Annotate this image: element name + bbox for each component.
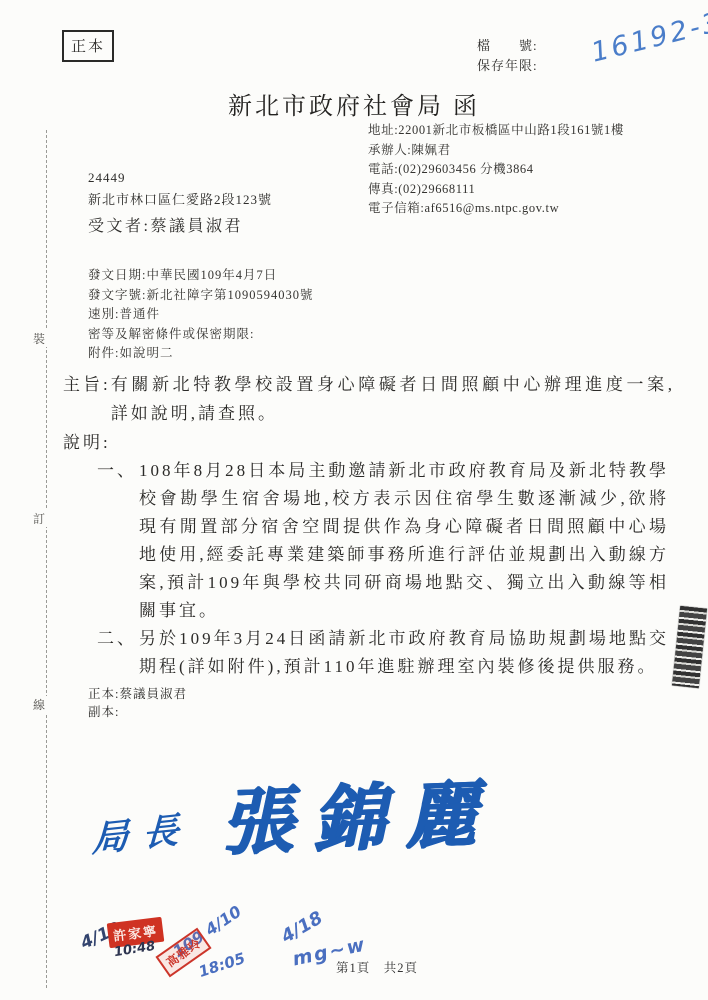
- attachment-note: 附件:如說明二: [88, 344, 313, 364]
- issue-date: 發文日期:中華民國109年4月7日: [88, 266, 313, 286]
- document-title: 新北市政府社會局 函: [0, 86, 708, 121]
- receipt-stamp: [672, 606, 707, 688]
- sender-fax: 傳真:(02)29668111: [368, 180, 624, 200]
- sender-address: 地址:22001新北市板橋區中山路1段161號1樓: [368, 121, 624, 141]
- document-body: 主旨: 有關新北特教學校設置身心障礙者日間照顧中心辦理進度一案,詳如說明,請查照…: [63, 370, 675, 681]
- recipient-zipcode: 24449: [88, 170, 126, 186]
- margin-char-xian: 線: [31, 696, 47, 713]
- retention-label: 保存年限:: [477, 56, 538, 76]
- explanation-item-1: 一、 108年8月28日本局主動邀請新北市政府教育局及新北特教學校會勘學生宿舍場…: [97, 457, 669, 625]
- recipient-line: 受文者:蔡議員淑君: [88, 213, 243, 236]
- sender-phone: 電話:(02)29603456 分機3864: [368, 160, 624, 180]
- sender-email: 電子信箱:af6516@ms.ntpc.gov.tw: [368, 199, 624, 219]
- file-no-label: 檔 號:: [477, 36, 538, 56]
- document-meta-block: 發文日期:中華民國109年4月7日 發文字號:新北社障字第1090594030號…: [88, 266, 313, 364]
- recipient-address: 新北市林口區仁愛路2段123號: [88, 189, 272, 208]
- binding-dashed-line: [46, 130, 47, 988]
- director-signature: 局長 張錦麗: [90, 755, 497, 873]
- duplicate-copy-line: 副本:: [88, 702, 119, 720]
- handwritten-file-number: 16192-3: [588, 6, 708, 68]
- annotation-middle: 109 4/10 高雅玲 18:05: [160, 908, 270, 988]
- security-class: 密等及解密條件或保密期限:: [88, 325, 313, 345]
- item-number: 一、: [97, 457, 139, 625]
- issue-number: 發文字號:新北社障字第1090594030號: [88, 286, 313, 306]
- signature-title: 局長: [91, 801, 193, 862]
- page-number: 第1頁 共2頁: [336, 958, 418, 976]
- item-text: 108年8月28日本局主動邀請新北市政府教育局及新北特教學校會勘學生宿舍場地,校…: [139, 457, 669, 625]
- sender-contact-person: 承辦人:陳姵君: [368, 141, 624, 161]
- subject-label: 主旨:: [63, 370, 111, 399]
- signature-name: 張錦麗: [218, 755, 497, 869]
- handwritten-date: 4/18: [278, 907, 327, 947]
- file-labels: 檔 號: 保存年限:: [477, 36, 538, 76]
- explanation-item-2: 二、 另於109年3月24日函請新北市政府教育局協助規劃場地點交期程(詳如附件)…: [97, 625, 669, 681]
- margin-char-zhuang: 裝: [31, 330, 47, 347]
- sender-contact-block: 地址:22001新北市板橋區中山路1段161號1樓 承辦人:陳姵君 電話:(02…: [368, 121, 624, 219]
- speed-class: 速別:普通件: [88, 305, 313, 325]
- original-copy-line: 正本:蔡議員淑君: [88, 684, 187, 702]
- subject-row: 主旨: 有關新北特教學校設置身心障礙者日間照顧中心辦理進度一案,詳如說明,請查照…: [63, 370, 675, 428]
- explanation-items: 一、 108年8月28日本局主動邀請新北市政府教育局及新北特教學校會勘學生宿舍場…: [97, 457, 669, 681]
- subject-text: 有關新北特教學校設置身心障礙者日間照顧中心辦理進度一案,詳如說明,請查照。: [111, 370, 675, 428]
- copy-type-stamp: 正本: [62, 30, 114, 62]
- item-number: 二、: [97, 625, 139, 681]
- explanation-label: 說明:: [63, 428, 675, 457]
- margin-char-ding: 訂: [31, 510, 47, 527]
- handwritten-time: 18:05: [196, 949, 247, 981]
- scanned-official-letter: 裝 訂 線 正本 檔 號: 保存年限: 16192-3 新北市政府社會局 函 地…: [0, 0, 708, 1000]
- item-text: 另於109年3月24日函請新北市政府教育局協助規劃場地點交期程(詳如附件),預計…: [139, 625, 669, 681]
